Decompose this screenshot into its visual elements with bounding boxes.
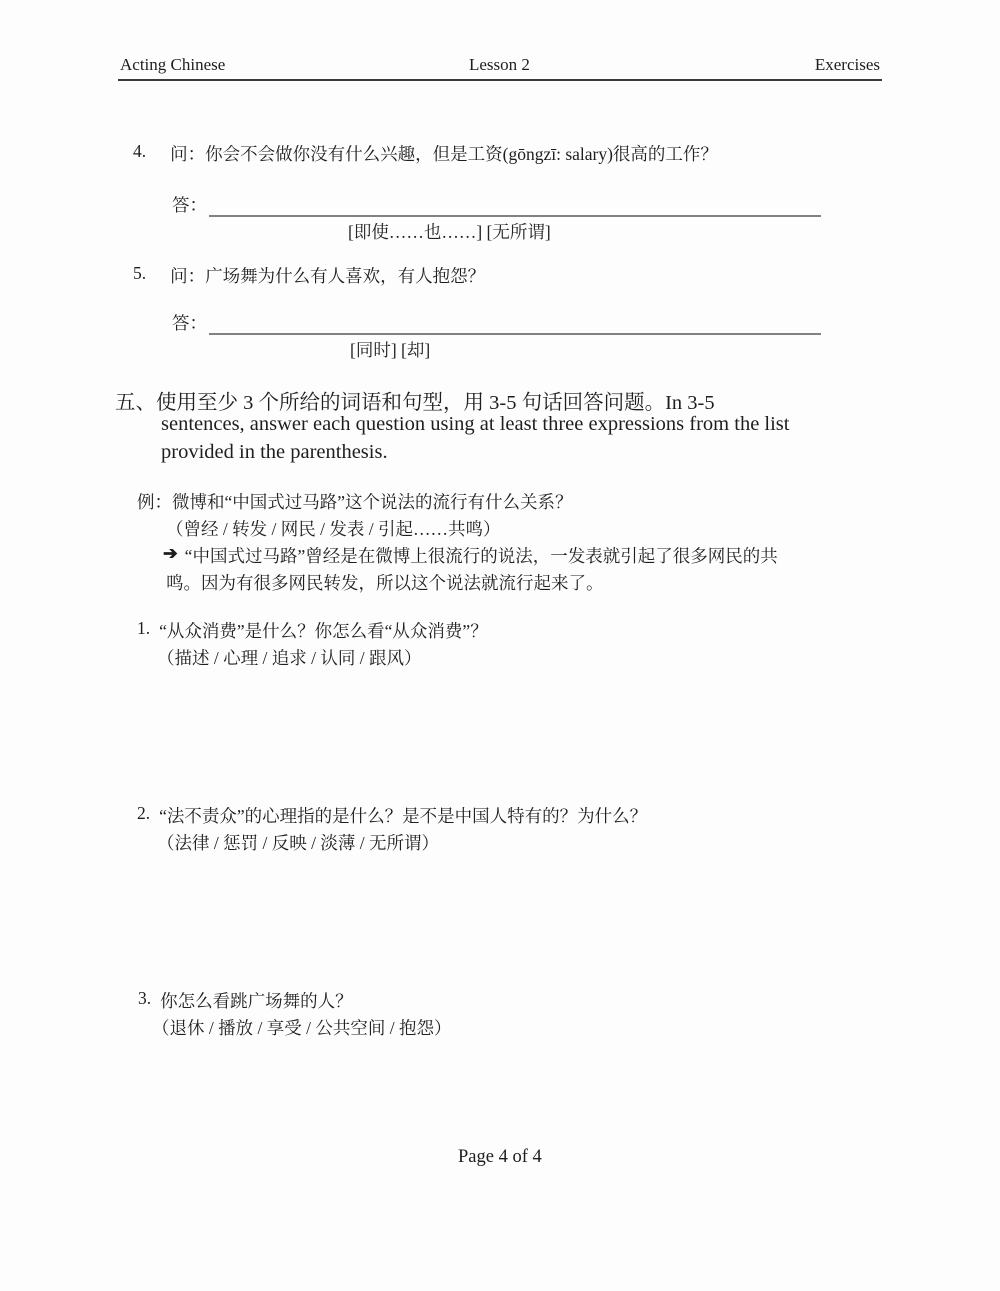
answer-row-4: 答： — [172, 192, 821, 217]
question-number: 3. — [138, 988, 151, 1013]
example-expressions: （曾经 / 转发 / 网民 / 发表 / 引起……共鸣） — [166, 516, 500, 541]
page-number: Page 4 of 4 — [458, 1147, 542, 1168]
answer-blank-line — [209, 194, 821, 217]
open-question-3: 3. 你怎么看跳广场舞的人？ — [138, 988, 353, 1013]
question-expressions: （退休 / 播放 / 享受 / 公共空间 / 抱怨） — [152, 1015, 451, 1040]
question-text: “从众消费”是什么？你怎么看“从众消费”？ — [159, 618, 488, 643]
question-number: 5. — [133, 263, 146, 288]
example-answer-line1: ➔ “中国式过马路”曾经是在微博上很流行的说法，一发表就引起了很多网民的共 — [163, 543, 778, 568]
answer-label: 答： — [172, 192, 207, 217]
answer-label: 答： — [172, 310, 207, 335]
question-number: 1. — [137, 618, 150, 643]
example-answer-text: “中国式过马路”曾经是在微博上很流行的说法，一发表就引起了很多网民的共 — [185, 543, 778, 568]
question-number: 4. — [133, 141, 146, 166]
question-number: 2. — [137, 803, 150, 828]
open-question-2: 2. “法不责众”的心理指的是什么？是不是中国人特有的？为什么？ — [137, 803, 647, 828]
section-heading-line3: provided in the parenthesis. — [161, 441, 388, 464]
expression-hint: [即使……也……] [无所谓] — [348, 219, 551, 244]
example-question: 例：微博和“中国式过马路”这个说法的流行有什么关系？ — [137, 489, 573, 514]
header-lesson-title: Lesson 2 — [469, 55, 530, 75]
open-question-1: 1. “从众消费”是什么？你怎么看“从众消费”？ — [137, 618, 488, 643]
section-heading-line1: 五、使用至少 3 个所给的词语和句型，用 3-5 句话回答问题。In 3-5 — [115, 385, 715, 415]
header-doc-type: Exercises — [815, 55, 880, 75]
worksheet-page: Acting Chinese Lesson 2 Exercises 4. 问：你… — [0, 0, 1000, 1291]
arrow-icon: ➔ — [163, 543, 178, 568]
question-text: 你怎么看跳广场舞的人？ — [160, 988, 353, 1013]
expression-hint: [同时] [却] — [350, 337, 430, 362]
answer-row-5: 答： — [172, 310, 821, 335]
header-course-title: Acting Chinese — [120, 55, 225, 75]
qa-item-4: 4. 问：你会不会做你没有什么兴趣，但是工资(gōngzī: salary)很高… — [133, 141, 718, 166]
example-answer-line2: 鸣。因为有很多网民转发，所以这个说法就流行起来了。 — [166, 570, 604, 595]
qa-item-5: 5. 问：广场舞为什么有人喜欢，有人抱怨？ — [133, 263, 485, 288]
question-text: “法不责众”的心理指的是什么？是不是中国人特有的？为什么？ — [159, 803, 647, 828]
question-expressions: （描述 / 心理 / 追求 / 认同 / 跟风） — [157, 645, 421, 670]
question-text: 问：广场舞为什么有人喜欢，有人抱怨？ — [170, 263, 485, 288]
header-divider — [118, 79, 882, 81]
answer-blank-line — [209, 312, 821, 335]
section-heading-line2: sentences, answer each question using at… — [161, 413, 789, 436]
question-text: 问：你会不会做你没有什么兴趣，但是工资(gōngzī: salary)很高的工作… — [170, 141, 718, 166]
question-expressions: （法律 / 惩罚 / 反映 / 淡薄 / 无所谓） — [157, 830, 439, 855]
